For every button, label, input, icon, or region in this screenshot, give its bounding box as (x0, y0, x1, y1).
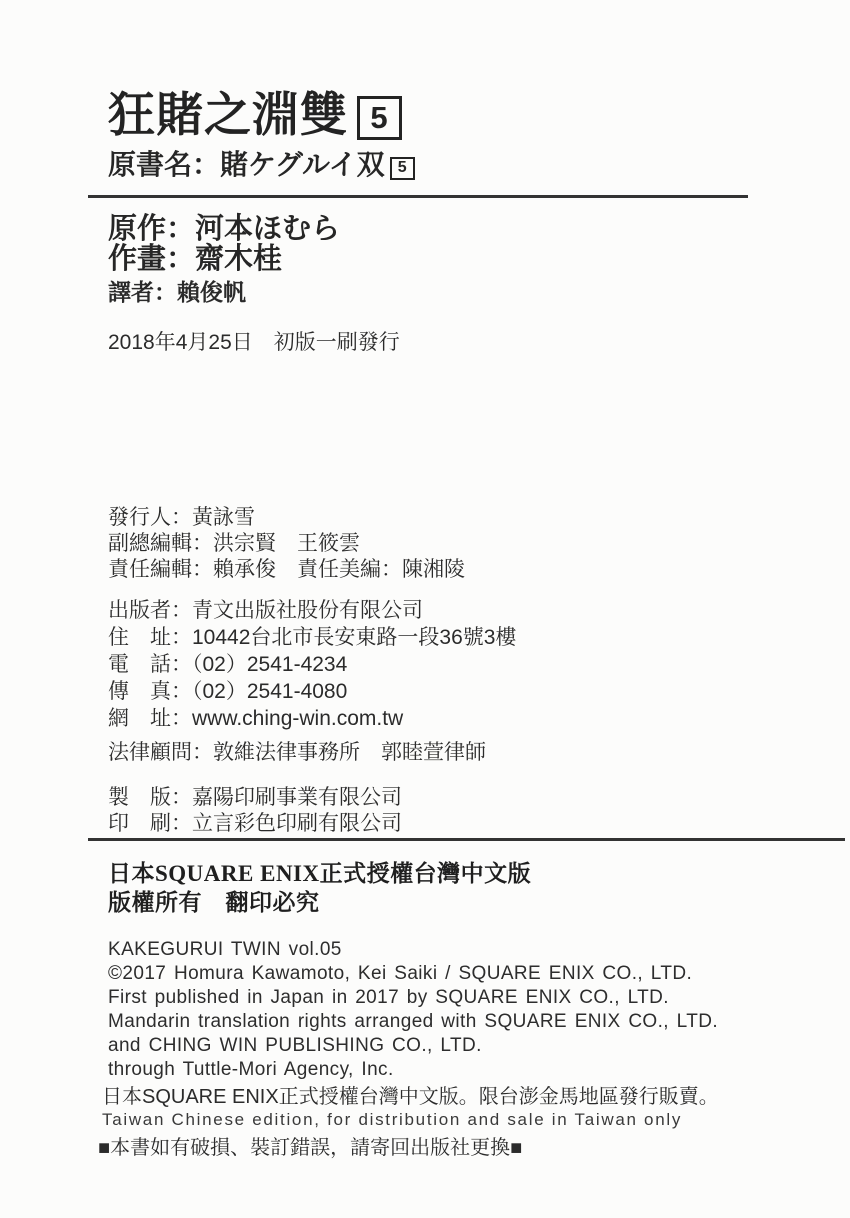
all-rights-reserved-line: 版權所有 翻印必究 (108, 890, 850, 915)
copyright-holders-line: ©2017 Homura Kawamoto, Kei Saiki / SQUAR… (108, 962, 850, 986)
return-notice-line: ■本書如有破損、裝訂錯誤，請寄回出版社更換■ (98, 1136, 850, 1160)
publisher-fax-line: 傳 真：（02）2541-4080 (108, 678, 850, 705)
original-title-text: 原書名：賭ケグルイ双 (108, 149, 385, 180)
agency-line: through Tuttle-Mori Agency, Inc. (108, 1058, 850, 1082)
license-line: 日本SQUARE ENIX正式授權台灣中文版 (108, 860, 850, 887)
publisher-block: 出版者：青文出版社股份有限公司 住 址：10442台北市長安東路一段36號3樓 … (108, 597, 850, 732)
author-original-line: 原作：河本ほむら (108, 214, 850, 244)
plate-making-line: 製 版：嘉陽印刷事業有限公司 (108, 785, 850, 811)
edition-date-line: 2018年4月25日 初版一刷發行 (108, 331, 850, 355)
region-notice-en-line: Taiwan Chinese edition, for distribution… (102, 1110, 850, 1130)
colophon-page: 狂賭之淵雙5 原書名：賭ケグルイ双5 原作：河本ほむら 作畫：齋木桂 譯者：賴俊… (0, 0, 850, 1218)
printer-line: 印 刷：立言彩色印刷有限公司 (108, 811, 850, 837)
responsible-editor-line: 責任編輯：賴承俊 責任美編：陳湘陵 (108, 557, 850, 583)
book-title-text: 狂賭之淵雙 (108, 88, 348, 141)
author-artist-line: 作畫：齋木桂 (108, 244, 850, 274)
license-divider (88, 838, 845, 841)
translation-rights-line: Mandarin translation rights arranged wit… (108, 1010, 850, 1034)
first-published-line: First published in Japan in 2017 by SQUA… (108, 986, 850, 1010)
deputy-editor-line: 副總編輯：洪宗賢 王筱雲 (108, 531, 850, 557)
volume-badge-large: 5 (357, 96, 402, 140)
region-notice-zh-line: 日本SQUARE ENIX正式授權台灣中文版。限台澎金馬地區發行販賣。 (102, 1086, 850, 1109)
translator-line: 譯者：賴俊帆 (108, 279, 850, 305)
publisher-person-line: 發行人：黃詠雪 (108, 505, 850, 531)
publisher-address-line: 住 址：10442台北市長安東路一段36號3樓 (108, 624, 850, 651)
legal-advisor-line: 法律顧問：敦維法律事務所 郭睦萱律師 (108, 740, 850, 765)
publisher-company-line: 出版者：青文出版社股份有限公司 (108, 597, 850, 624)
volume-number-large: 5 (370, 93, 388, 143)
english-title-line: KAKEGURUI TWIN vol.05 (108, 938, 850, 962)
ching-win-line: and CHING WIN PUBLISHING CO., LTD. (108, 1034, 850, 1058)
volume-number-small: 5 (398, 153, 407, 183)
staff-block: 發行人：黃詠雪 副總編輯：洪宗賢 王筱雲 責任編輯：賴承俊 責任美編：陳湘陵 (108, 505, 850, 583)
authors-block: 原作：河本ほむら 作畫：齋木桂 (108, 214, 850, 274)
publisher-website-line: 網 址：www.ching-win.com.tw (108, 705, 850, 732)
printing-block: 製 版：嘉陽印刷事業有限公司 印 刷：立言彩色印刷有限公司 (108, 785, 850, 837)
title-divider (88, 195, 748, 198)
book-title-line: 狂賭之淵雙5 (108, 90, 850, 140)
original-title-line: 原書名：賭ケグルイ双5 (108, 150, 850, 180)
publisher-phone-line: 電 話：（02）2541-4234 (108, 651, 850, 678)
english-copyright-block: KAKEGURUI TWIN vol.05 ©2017 Homura Kawam… (108, 938, 850, 1082)
volume-badge-small: 5 (390, 157, 415, 180)
